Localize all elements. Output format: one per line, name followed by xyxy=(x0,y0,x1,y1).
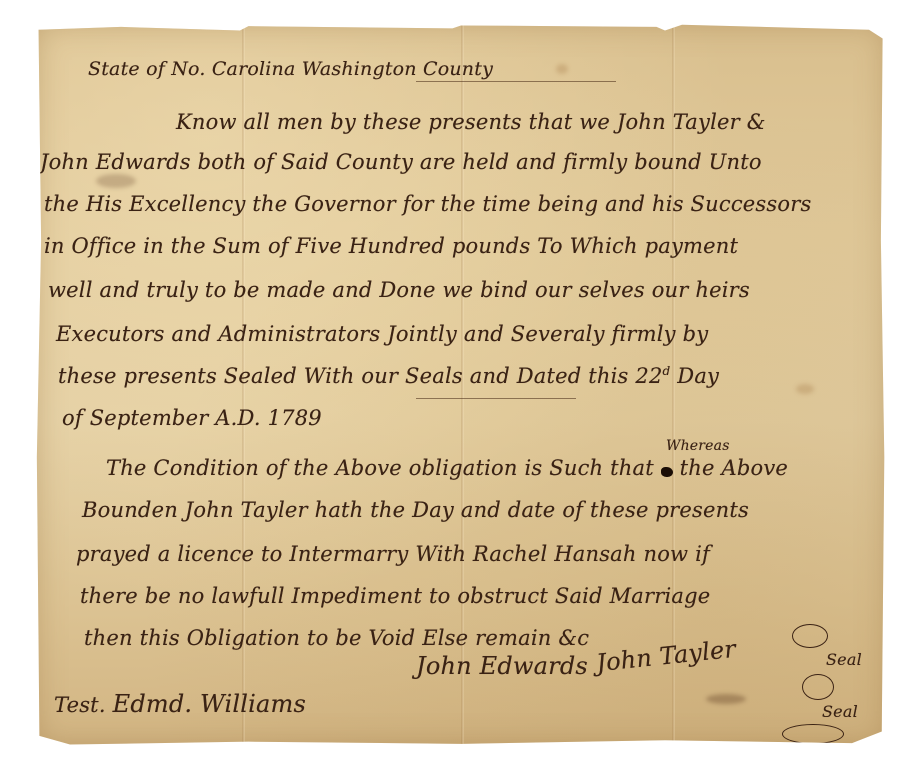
date-superscript: d xyxy=(663,364,671,378)
condition-line-2: Bounden John Tayler hath the Day and dat… xyxy=(82,498,749,522)
condition-line-1-text: The Condition of the Above obligation is… xyxy=(106,456,654,480)
body-line-6: Executors and Administrators Jointly and… xyxy=(56,322,708,346)
body-line-2: John Edwards both of Said County are hel… xyxy=(40,150,762,174)
body-line-1: Know all men by these presents that we J… xyxy=(176,110,766,134)
seal-flourish xyxy=(802,674,834,700)
seal-flourish xyxy=(792,624,828,648)
witness-label: Test. xyxy=(54,693,106,717)
paper-stain xyxy=(796,384,814,394)
witness-block: Test. Edmd. Williams xyxy=(54,690,306,718)
body-line-3: the His Excellency the Governor for the … xyxy=(44,192,811,216)
insertion-above: Whereas xyxy=(666,438,730,454)
body-line-7: these presents Sealed With our Seals and… xyxy=(58,364,719,388)
seal-flourish xyxy=(782,724,844,744)
condition-line-1: The Condition of the Above obligation is… xyxy=(106,456,788,480)
condition-line-5: then this Obligation to be Void Else rem… xyxy=(84,626,589,650)
body-line-8: of September A.D. 1789 xyxy=(62,406,322,430)
body-line-4: in Office in the Sum of Five Hundred pou… xyxy=(44,234,738,258)
heading-line: State of No. Carolina Washington County xyxy=(88,58,493,80)
day-word: Day xyxy=(677,364,719,388)
condition-line-3: prayed a licence to Intermarry With Rach… xyxy=(76,542,710,566)
condition-line-4: there be no lawfull Impediment to obstru… xyxy=(80,584,710,608)
ruled-line xyxy=(416,398,576,399)
condition-line-1-end: the Above xyxy=(680,456,788,480)
body-line-5: well and truly to be made and Done we bi… xyxy=(48,278,750,302)
witness-name: Edmd. Williams xyxy=(113,690,306,718)
paper-stain xyxy=(556,64,568,74)
ink-smudge xyxy=(96,174,136,188)
seal-label-1: Seal xyxy=(826,650,862,669)
paper-stain xyxy=(706,694,746,704)
ink-blot xyxy=(661,467,673,477)
signature-john-tayler: John Tayler xyxy=(595,635,737,678)
signature-john-edwards: John Edwards xyxy=(416,652,588,680)
document-scan: State of No. Carolina Washington County … xyxy=(0,0,906,770)
paper-sheet: State of No. Carolina Washington County … xyxy=(36,24,886,746)
seal-label-2: Seal xyxy=(822,702,858,721)
heading-underline xyxy=(416,81,616,82)
body-line-7-text: these presents Sealed With our Seals and… xyxy=(58,364,663,388)
